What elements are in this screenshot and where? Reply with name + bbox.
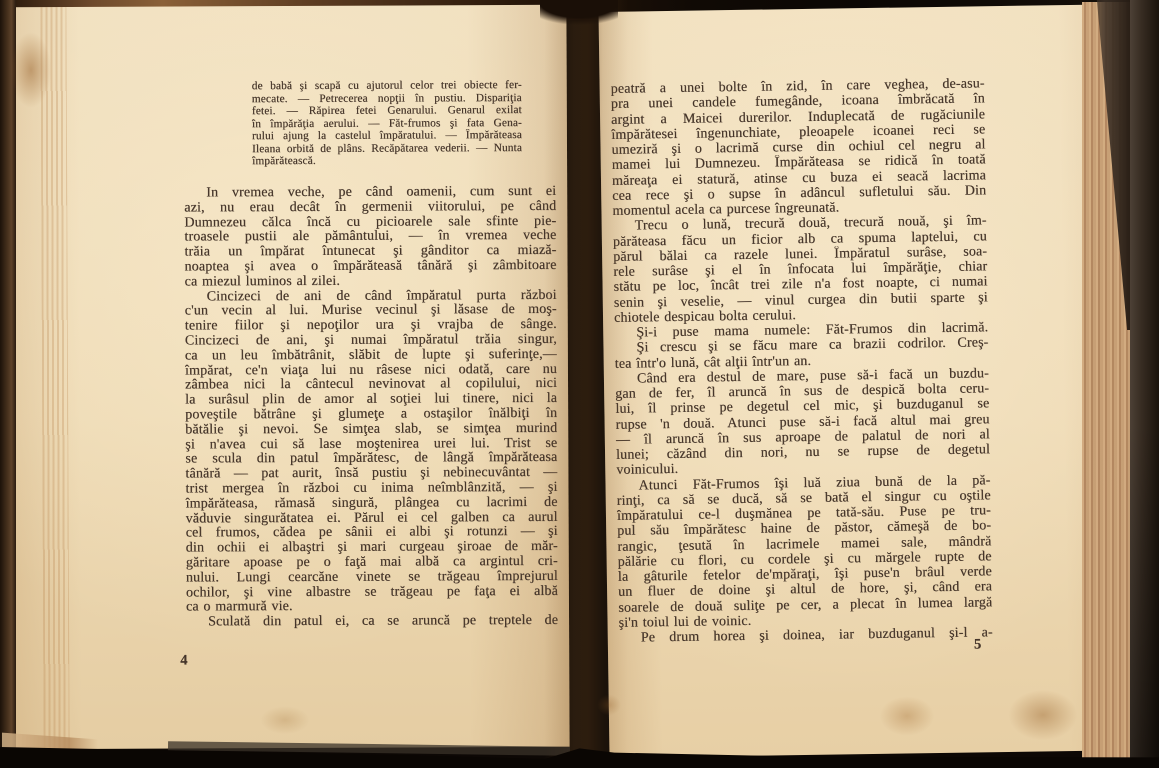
- text-line: şi n'avea cui să lase moştenirea urei lu…: [185, 436, 557, 452]
- text-line: poveştile bătrâne şi glumeţe a ostaşilor…: [185, 407, 557, 423]
- text-line: rului ajung la castelul împăratului. — Î…: [252, 129, 522, 143]
- page-crease-lines: [40, 7, 69, 749]
- text-line: tenire fiilor şi nepoţilor ura şi vrajba…: [185, 318, 557, 334]
- text-line: trist mergea în război cu inima neîmblân…: [185, 481, 557, 497]
- text-line: tânără — pat aurit, însă pustiu şi nebin…: [185, 466, 557, 482]
- text-line: mecate. — Petrecerea nopţii în pustiu. D…: [252, 91, 522, 105]
- text-line: ca miezul luminos al zilei.: [185, 274, 557, 290]
- left-cover: [0, 0, 16, 768]
- text-line: din ochii ei albaştri şi mari curgeau şi…: [186, 540, 558, 556]
- open-book-photo: de babă şi scapă cu ajutorul celor trei …: [0, 0, 1159, 768]
- text-line: troasele pustii ale pământului, — în vre…: [184, 229, 556, 245]
- text-line: Cincizeci de ani de când împăratul purta…: [185, 288, 557, 304]
- text-line: nului. Lungi cearcăne vinete se trăgeau …: [186, 570, 558, 586]
- text-line: Dumnezeu călca încă cu picioarele sale s…: [184, 214, 556, 230]
- right-page: peatră a unei bolte în zid, în care vegh…: [598, 4, 1143, 758]
- gutter: [544, 0, 628, 768]
- text-line: Sculată din patul ei, ca se aruncă pe tr…: [186, 614, 558, 630]
- text-line: împărătească.: [252, 154, 522, 168]
- text-line: c'un vecin al lui. Murise vecinul şi lăs…: [185, 303, 557, 319]
- text-line: împărăteasa, rămasă singură, plângea cu …: [186, 496, 558, 512]
- text-line: In vremea veche, pe când oamenii, cum su…: [184, 185, 556, 201]
- text-line: bătălie şi nevoi. Se simţea slab, se sim…: [185, 422, 557, 438]
- text-line: Cincizeci de ani, şi numai împăratul tră…: [185, 333, 557, 349]
- text-line: noaptea şi avea o împărăteasă tânără şi …: [184, 259, 556, 275]
- text-line: zâmbea nici la cântecul nevinovat al cop…: [185, 377, 557, 393]
- text-line: văduvie singurătatea ei. Părul ei cel ga…: [186, 510, 558, 526]
- text-line: de babă şi scapă cu ajutorul celor trei …: [252, 79, 522, 93]
- text-line: azi, nu erau decât în germenii viitorulu…: [184, 200, 556, 216]
- text-line: Ileana orbită de plâns. Recăpătarea vede…: [252, 141, 522, 155]
- left-page: de babă şi scapă cu ajutorul celor trei …: [12, 5, 569, 749]
- text-line: cel frumos, cădea pe sânii ei albi şi ro…: [186, 525, 558, 541]
- text-line: la surâsul plin de amor al soţiei lui ti…: [185, 392, 557, 408]
- binding-notch: [540, 0, 618, 34]
- right-cover: [1130, 0, 1159, 768]
- text-line: ochilor, şi vine albastre se trăgeau pe …: [186, 584, 558, 600]
- text-line: fetei. — Răpirea fetei Genarului. Genaru…: [252, 104, 522, 118]
- left-page-body: In vremea veche, pe când oamenii, cum su…: [184, 185, 558, 631]
- chapter-summary: de babă şi scapă cu ajutorul celor trei …: [252, 79, 522, 168]
- page-number-left: 4: [180, 652, 187, 669]
- text-line: se scula din patul împărătesc, de lângă …: [185, 451, 557, 467]
- page-number-right: 5: [974, 636, 982, 653]
- text-line: ca o marmură vie.: [186, 599, 558, 615]
- right-page-body: peatră a unei bolte în zid, în care vegh…: [611, 76, 993, 646]
- text-line: ca un leu îmbătrânit, slăbit de lupte şi…: [185, 348, 557, 364]
- text-line: în împărăţia aerului. — Făt-frumos şi fa…: [252, 116, 522, 130]
- text-line: găritare apoase pe o faţă mai albă ca ar…: [186, 555, 558, 571]
- text-line: împărat, ce'n viaţa lui nu râsese nici o…: [185, 362, 557, 378]
- text-line: trăia un împărat întunecat şi gânditor c…: [184, 244, 556, 260]
